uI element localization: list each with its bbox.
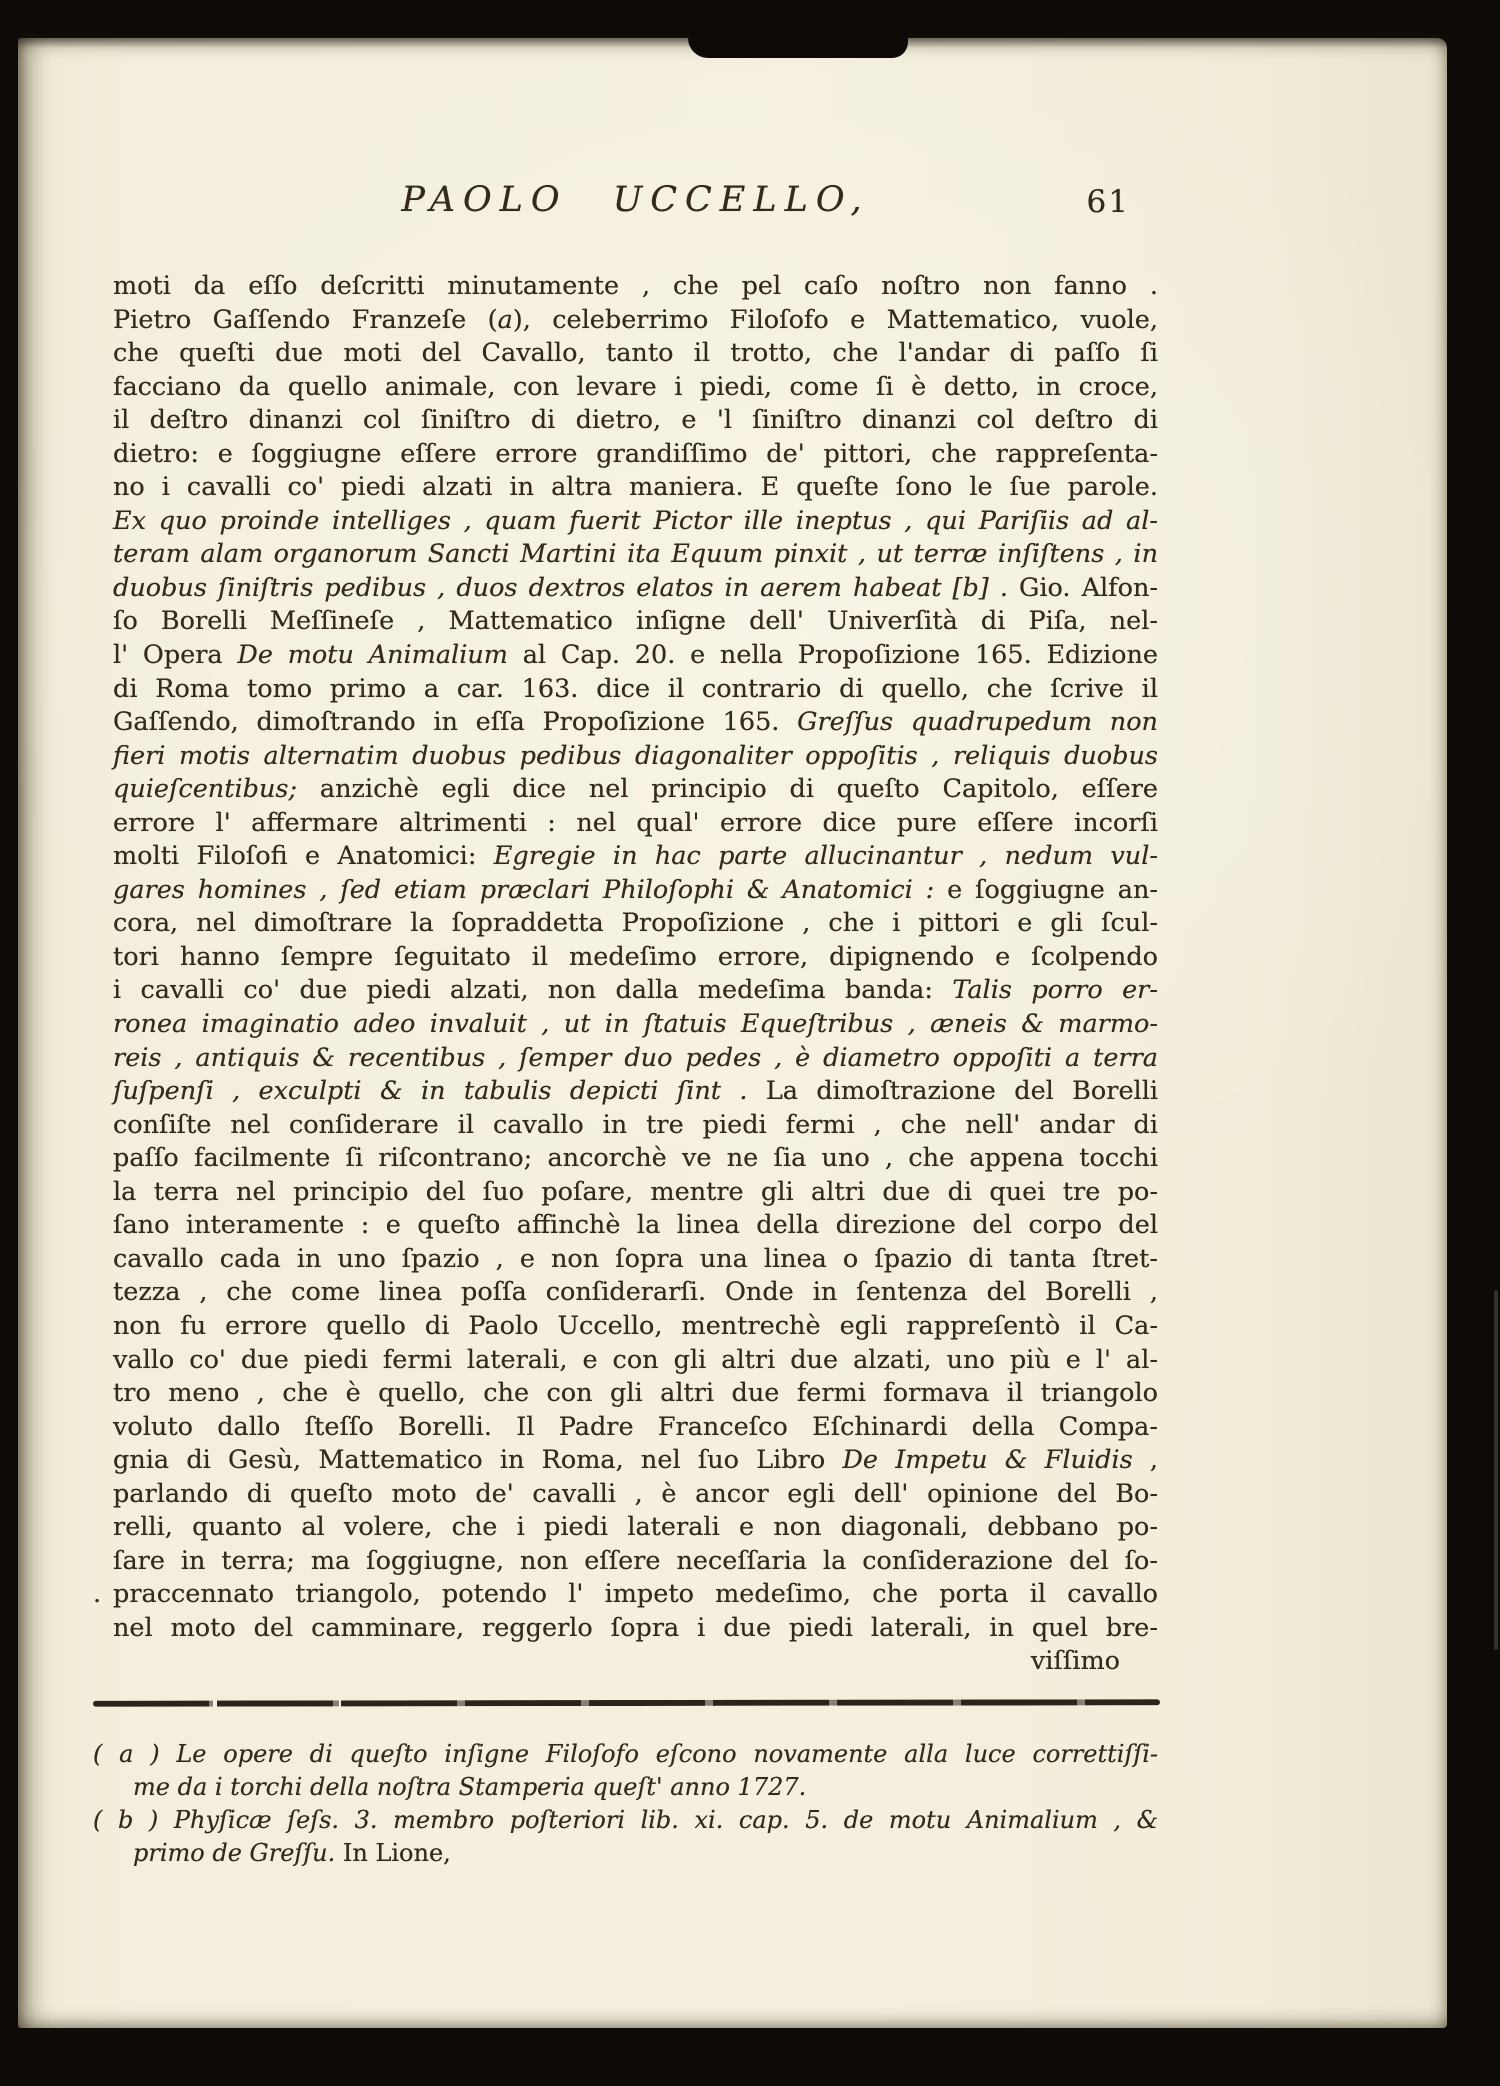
text-line: cora, nel dimoſtrare la ſopraddetta Prop… [113,907,1158,941]
book-page: PAOLO UCCELLO, 61 moti da eſſo deſcritti… [18,38,1447,2028]
text-line: relli, quanto al volere, che i piedi lat… [113,1511,1158,1545]
roman-text-segment: il deſtro dinanzi col ſiniſtro di dietro… [113,405,1158,435]
text-line: vallo co' due piedi fermi laterali, e co… [113,1344,1158,1378]
text-line: cavallo cada in uno ſpazio , e non ſopra… [113,1243,1158,1277]
roman-text-segment: vallo co' due piedi fermi laterali, e co… [113,1345,1158,1375]
roman-text-segment: facciano da quello animale, con levare i… [113,372,1158,402]
text-line: di Roma tomo primo a car. 163. dice il c… [113,673,1158,707]
roman-text-segment: conſiſte nel conſiderare il cavallo in t… [113,1110,1158,1140]
roman-text-segment: ), celeberrimo Filoſofo e Mattematico, v… [513,305,1158,335]
roman-text-segment: nel moto del camminare, reggerlo ſopra i… [113,1613,1158,1643]
text-line: gnia di Gesù, Mattematico in Roma, nel ſ… [113,1444,1158,1478]
italic-text-segment: ( a ) [93,1740,176,1768]
roman-text-segment: anzichè egli dice nel principio di queſt… [297,774,1158,804]
italic-text-segment: Talis porro er- [952,975,1158,1005]
text-line: gares homines , ſed etiam præclari Philo… [113,874,1158,908]
roman-text-segment: che queſti due moti del Cavallo, tanto i… [113,338,1158,368]
roman-text-segment: al Cap. 20. e nella Propoſizione 165. Ed… [508,640,1158,670]
text-line: quieſcentibus; anzichè egli dice nel pri… [113,773,1158,807]
roman-text-segment: gnia di Gesù, Mattematico in Roma, nel ſ… [113,1445,842,1475]
roman-text-segment: ſano interamente : e queſto affinchè la … [113,1210,1158,1240]
italic-text-segment: Greſſus quadrupedum non [797,707,1158,737]
text-line: la terra nel principio del ſuo poſare, m… [113,1176,1158,1210]
roman-text-segment: molti Filoſofi e Anatomici: [113,841,494,871]
text-line: Pietro Gaſſendo Franzeſe (a), celeberrim… [113,304,1158,338]
text-line: .praccennato triangolo, potendo l' impet… [113,1578,1158,1612]
roman-text-segment: In Lione, [335,1839,451,1867]
roman-text-segment: e ſoggiugne an- [934,875,1158,905]
roman-text-segment: tori hanno ſempre ſeguitato il medeſimo … [113,942,1158,972]
roman-text-segment: cavallo cada in uno ſpazio , e non ſopra… [113,1244,1158,1274]
italic-text-segment: Egregie in hac parte allucinantur , nedu… [494,841,1158,871]
italic-text-segment: a [498,305,513,335]
text-line: ſo Borelli Meſſineſe , Mattematico inſig… [113,605,1158,639]
roman-text-segment: Pietro Gaſſendo Franzeſe ( [113,305,498,335]
page-title: PAOLO UCCELLO, [113,180,1158,220]
roman-text-segment: Gio. Alfon- [1008,573,1158,603]
text-line: fieri motis alternatim duobus pedibus di… [113,740,1158,774]
roman-text-segment: la terra nel principio del ſuo poſare, m… [113,1177,1158,1207]
italic-text-segment: quieſcentibus; [113,774,297,804]
text-line: tori hanno ſempre ſeguitato il medeſimo … [113,941,1158,975]
italic-text-segment: De Impetu & Fluidis [842,1445,1132,1475]
text-line: Gaſſendo, dimoſtrando in eſſa Propoſizio… [113,706,1158,740]
text-line: no i cavalli co' piedi alzati in altra m… [113,471,1158,505]
text-line: tezza , che come linea poſſa conſiderarſ… [113,1276,1158,1310]
italic-text-segment: Le opere di queſto inſigne Filoſofo eſco… [176,1740,1158,1768]
italic-text-segment: primo de Greſſu. [133,1839,335,1867]
text-line: non fu errore quello di Paolo Uccello, m… [113,1310,1158,1344]
footnote-line: ( a ) Le opere di queſto inſigne Filoſof… [93,1738,1158,1771]
text-line: ſare in terra; ma ſoggiugne, non eſſere … [113,1545,1158,1579]
text-line: dietro: e ſoggiugne eſſere errore grandi… [113,438,1158,472]
catchword: viſſimo [113,1645,1158,1679]
text-line: duobus ſiniſtris pedibus , duos dextros … [113,572,1158,606]
roman-text-segment: , [1133,1445,1158,1475]
footnote-line: ( b ) Phyſicæ ſeſs. 3. membro poſteriori… [93,1804,1158,1837]
roman-text-segment: ſare in terra; ma ſoggiugne, non eſſere … [113,1546,1158,1576]
italic-text-segment: Phyſicæ ſeſs. 3. membro poſteriori lib. … [174,1806,1158,1834]
roman-text-segment: cora, nel dimoſtrare la ſopraddetta Prop… [113,908,1158,938]
text-line: conſiſte nel conſiderare il cavallo in t… [113,1109,1158,1143]
text-line: il deſtro dinanzi col ſiniſtro di dietro… [113,404,1158,438]
footnote-rule [93,1699,1160,1706]
body-text: moti da eſſo deſcritti minutamente , che… [113,270,1158,1679]
roman-text-segment: dietro: e ſoggiugne eſſere errore grandi… [113,439,1158,469]
text-line: moti da eſſo deſcritti minutamente , che… [113,270,1158,304]
text-line: ſano interamente : e queſto affinchè la … [113,1209,1158,1243]
italic-text-segment: me da i torchi della noſtra Stamperia qu… [133,1773,806,1801]
text-line: errore l' affermare altrimenti : nel qua… [113,807,1158,841]
roman-text-segment: relli, quanto al volere, che i piedi lat… [113,1512,1158,1542]
text-line: l' Opera De motu Animalium al Cap. 20. e… [113,639,1158,673]
roman-text-segment: viſſimo [1031,1646,1120,1676]
page-header: PAOLO UCCELLO, 61 [113,180,1158,228]
roman-text-segment: i cavalli co' due piedi alzati, non dall… [113,975,952,1005]
text-line: reis , antiquis & recentibus , ſemper du… [113,1042,1158,1076]
roman-text-segment: La dimoſtrazione del Borelli [748,1076,1159,1106]
roman-text-segment: paſſo facilmente ſi riſcontrano; ancorch… [113,1143,1158,1173]
text-line: parlando di queſto moto de' cavalli , è … [113,1478,1158,1512]
footnote-line: me da i torchi della noſtra Stamperia qu… [93,1771,1158,1804]
roman-text-segment: di Roma tomo primo a car. 163. dice il c… [113,674,1158,704]
text-line: paſſo facilmente ſi riſcontrano; ancorch… [113,1142,1158,1176]
italic-text-segment: duobus ſiniſtris pedibus , duos dextros … [113,573,1008,603]
scan-right-edge-artifact [1494,1290,1498,1650]
scan-edge-artifact [688,0,908,58]
roman-text-segment: l' Opera [113,640,237,670]
roman-text-segment: tezza , che come linea poſſa conſiderarſ… [113,1277,1158,1307]
italic-text-segment: fieri motis alternatim duobus pedibus di… [113,741,1158,771]
roman-text-segment: praccennato triangolo, potendo l' impeto… [113,1579,1158,1609]
roman-text-segment: moti da eſſo deſcritti minutamente , che… [113,271,1158,301]
text-line: nel moto del camminare, reggerlo ſopra i… [113,1612,1158,1646]
text-line: ronea imaginatio adeo invaluit , ut in ſ… [113,1008,1158,1042]
text-line: voluto dallo ſteſſo Borelli. Il Padre Fr… [113,1411,1158,1445]
text-line: che queſti due moti del Cavallo, tanto i… [113,337,1158,371]
footnote-line: primo de Greſſu. In Lione, [93,1837,1158,1870]
roman-text-segment: tro meno , che è quello, che con gli alt… [113,1378,1158,1408]
footnotes: ( a ) Le opere di queſto inſigne Filoſof… [93,1738,1158,1870]
italic-text-segment: Ex quo proinde intelliges , quam fuerit … [113,506,1158,536]
roman-text-segment: parlando di queſto moto de' cavalli , è … [113,1479,1158,1509]
text-line: i cavalli co' due piedi alzati, non dall… [113,974,1158,1008]
roman-text-segment: no i cavalli co' piedi alzati in altra m… [113,472,1158,502]
page-number: 61 [1087,184,1130,220]
text-line: teram alam organorum Sancti Martini ita … [113,538,1158,572]
italic-text-segment: teram alam organorum Sancti Martini ita … [113,539,1158,569]
roman-text-segment: ſo Borelli Meſſineſe , Mattematico inſig… [113,606,1158,636]
italic-text-segment: ronea imaginatio adeo invaluit , ut in ſ… [113,1009,1158,1039]
roman-text-segment: non fu errore quello di Paolo Uccello, m… [113,1311,1158,1341]
italic-text-segment: ( b ) [93,1806,174,1834]
roman-text-segment: voluto dallo ſteſſo Borelli. Il Padre Fr… [113,1412,1158,1442]
italic-text-segment: ſuſpenſi , exculpti & in tabulis depicti… [113,1076,748,1106]
italic-text-segment: gares homines , ſed etiam præclari Philo… [113,875,934,905]
text-line: facciano da quello animale, con levare i… [113,371,1158,405]
italic-text-segment: De motu Animalium [237,640,508,670]
text-line: ſuſpenſi , exculpti & in tabulis depicti… [113,1075,1158,1109]
text-line: tro meno , che è quello, che con gli alt… [113,1377,1158,1411]
roman-text-segment: Gaſſendo, dimoſtrando in eſſa Propoſizio… [113,707,797,737]
text-line: molti Filoſofi e Anatomici: Egregie in h… [113,840,1158,874]
margin-dot: . [93,1578,101,1612]
roman-text-segment: errore l' affermare altrimenti : nel qua… [113,808,1158,838]
text-line: Ex quo proinde intelliges , quam fuerit … [113,505,1158,539]
italic-text-segment: reis , antiquis & recentibus , ſemper du… [113,1043,1158,1073]
